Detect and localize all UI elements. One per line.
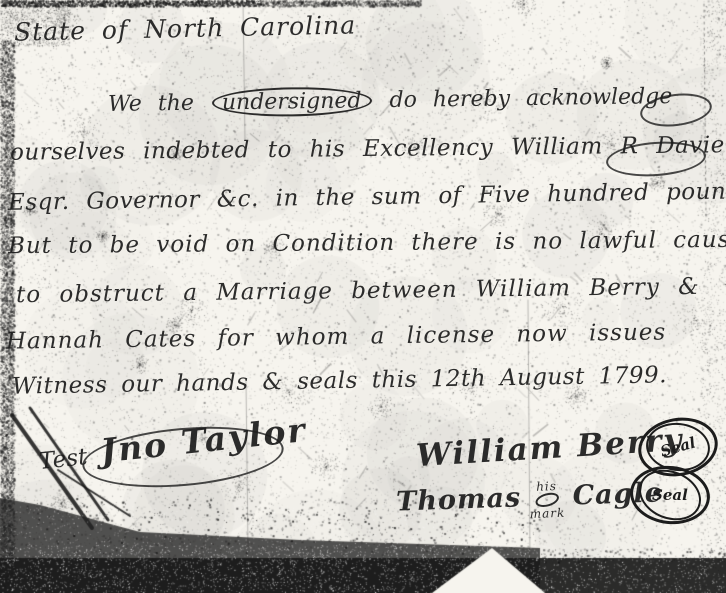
attestation-label: Test — [38, 444, 89, 475]
signature-thomas-cagle: Thomas his mark Cagle — [395, 469, 663, 517]
mark-label: mark — [530, 507, 566, 520]
document-ink-layer: State of North Carolina We the undersign… — [0, 0, 726, 593]
document-line-4: Esqr. Governor &c. in the sum of Five hu… — [8, 178, 726, 216]
line2-post: do hereby acknowledge — [389, 84, 672, 113]
his-label: his — [536, 480, 557, 493]
signer-first-name: Thomas — [396, 482, 522, 517]
document-line-8: Witness our hands & seals this 12th Augu… — [12, 362, 667, 399]
document-line-2: We the undersigned do hereby acknowledge — [108, 82, 673, 119]
document-line-5: But to be void on Condition there is no … — [8, 227, 726, 259]
seal-label: Seal — [652, 486, 688, 504]
document-line-6: to obstruct a Marriage between William B… — [16, 274, 700, 308]
scanned-document-page: State of North Carolina We the undersign… — [0, 0, 726, 593]
document-line-7: Hannah Cates for whom a license now issu… — [6, 319, 667, 354]
his-mark-stack: his mark — [529, 480, 566, 520]
seal-label: Seal — [658, 433, 697, 460]
line2-pre: We the — [108, 91, 194, 117]
line2-circled-word: undersigned — [212, 86, 372, 117]
document-heading: State of North Carolina — [14, 10, 357, 46]
